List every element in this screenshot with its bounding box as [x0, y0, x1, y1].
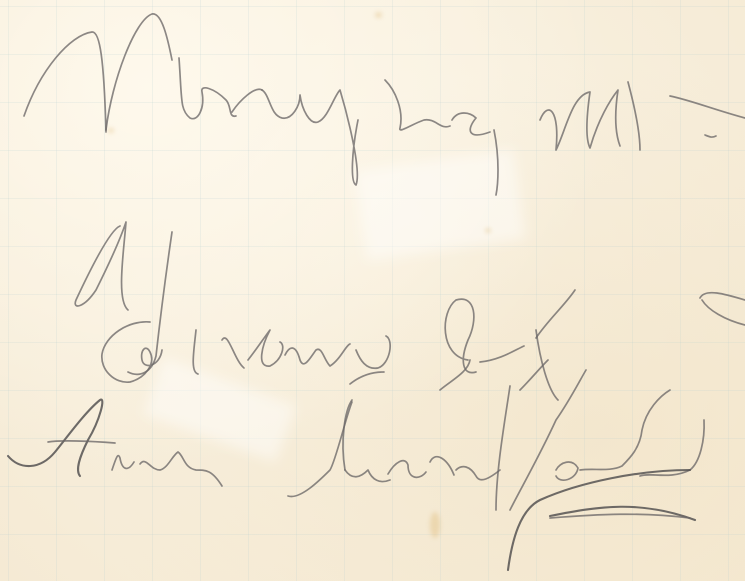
handwriting-flourish-right [700, 293, 745, 325]
handwriting-line-1 [24, 14, 745, 195]
handwriting-line-2 [75, 222, 575, 400]
scanned-paper-sheet: Получил(а)... Уполномоченный Анна Никифо… [0, 0, 745, 581]
handwriting-line-3-signature [8, 370, 704, 570]
handwriting-layer [0, 0, 745, 581]
